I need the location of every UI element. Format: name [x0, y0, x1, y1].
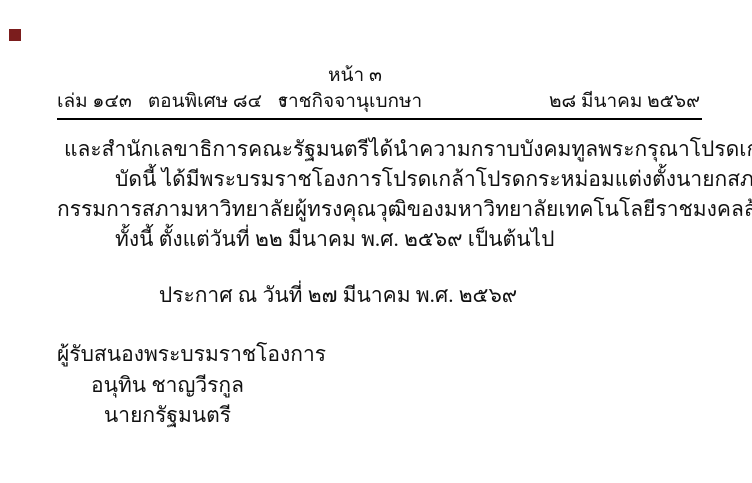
- signer-name: อนุทิน ชาญวีรกูล: [60, 372, 275, 398]
- countersign-line: ผู้รับสนองพระบรมราชโองการ: [57, 341, 326, 367]
- body-line-2: บัดนี้ ได้มีพระบรมราชโองการโปรดเกล้าโปรด…: [115, 166, 752, 192]
- page-number-label: หน้า ๓: [0, 64, 710, 88]
- announcement-line: ประกาศ ณ วันที่ ๒๗ มีนาคม พ.ศ. ๒๕๖๙: [0, 282, 676, 308]
- gazette-page: หน้า ๓ เล่ม ๑๔๓ ตอนพิเศษ ๘๔ ง ราชกิจจานุ…: [0, 0, 752, 483]
- body-line-1: และสำนักเลขาธิการคณะรัฐมนตรีได้นำความกรา…: [64, 136, 752, 162]
- red-marker: [9, 29, 21, 41]
- body-line-3: กรรมการสภามหาวิทยาลัยผู้ทรงคุณวุฒิของมหา…: [57, 196, 752, 222]
- signer-title: นายกรัฐมนตรี: [60, 402, 275, 428]
- header-divider: [57, 118, 702, 120]
- gazette-date: ๒๘ มีนาคม ๒๕๖๙: [549, 90, 700, 114]
- body-line-4: ทั้งนี้ ตั้งแต่วันที่ ๒๒ มีนาคม พ.ศ. ๒๕๖…: [115, 226, 554, 252]
